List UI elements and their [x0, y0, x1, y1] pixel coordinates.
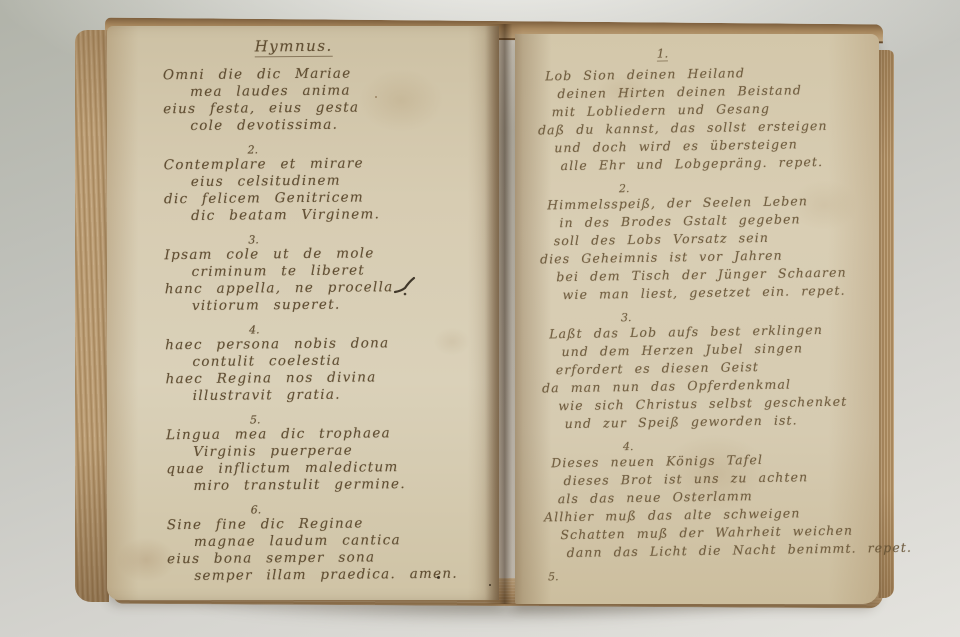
right-page-stanzas: Lob Sion deinen Heilanddeinen Hirten dei…	[537, 62, 865, 583]
left-page: Hymnus. Omni die dic Mariaemea laudes an…	[107, 26, 499, 600]
stanza-number: 5.	[548, 565, 865, 583]
verse-line: miro transtulit germine.	[193, 476, 474, 495]
verse-line: illustravit gratia.	[193, 386, 474, 405]
verse-line: cole devotissima.	[190, 116, 471, 135]
verse-line: vitiorum superet.	[192, 296, 473, 315]
stanza: Lob Sion deinen Heilanddeinen Hirten dei…	[537, 62, 859, 175]
verse-line: semper illam praedica. amen.	[194, 566, 475, 585]
verse-line: und zur Speiß geworden ist.	[564, 410, 862, 433]
hymn-title: Hymnus.	[255, 37, 333, 58]
stanza: Omni die dic Mariaemea laudes animaeius …	[163, 65, 472, 136]
verse-line: alle Ehr und Lobgepräng. repet.	[560, 152, 858, 175]
ink-speck	[375, 96, 377, 98]
stanza: Dieses neuen Königs Tafeldieses Brot ist…	[543, 449, 865, 562]
right-page-content: 1. Lob Sion deinen Heilanddeinen Hirten …	[511, 31, 884, 607]
stanza: Lingua mea dic trophaeaVirginis puerpera…	[166, 425, 475, 496]
ink-flourish-mark	[393, 276, 419, 298]
ink-speck	[489, 584, 491, 586]
stanza: Ipsam cole ut de molecriminum te liberet…	[164, 245, 473, 316]
stanza: haec persona nobis donacontulit coelesti…	[165, 335, 474, 406]
verse-line: wie man liest, gesetzet ein. repet.	[562, 281, 860, 304]
stanza: Himmelsspeiß, der Seelen Lebenin des Bro…	[539, 191, 861, 304]
stanza: Sine fine dic Reginaemagnae laudum canti…	[167, 515, 476, 586]
verse-line: dann das Licht die Nacht benimmt. repet.	[567, 539, 865, 562]
left-page-stanzas: Omni die dic Mariaemea laudes animaeius …	[163, 65, 476, 586]
left-page-content: Hymnus. Omni die dic Mariaemea laudes an…	[105, 24, 502, 601]
stanza: Laßt das Lob aufs best erklingenund dem …	[541, 320, 863, 433]
book-fore-edge-left	[75, 30, 109, 602]
open-book: Hymnus. Omni die dic Mariaemea laudes an…	[75, 10, 895, 628]
stanza: Contemplare et mirareeius celsitudinemdi…	[164, 155, 473, 226]
verse-line: dic beatam Virginem.	[191, 206, 472, 225]
ink-speck	[437, 576, 440, 579]
right-page: 1. Lob Sion deinen Heilanddeinen Hirten …	[515, 34, 879, 604]
right-page-stanza-number-heading: 1.	[657, 46, 669, 61]
